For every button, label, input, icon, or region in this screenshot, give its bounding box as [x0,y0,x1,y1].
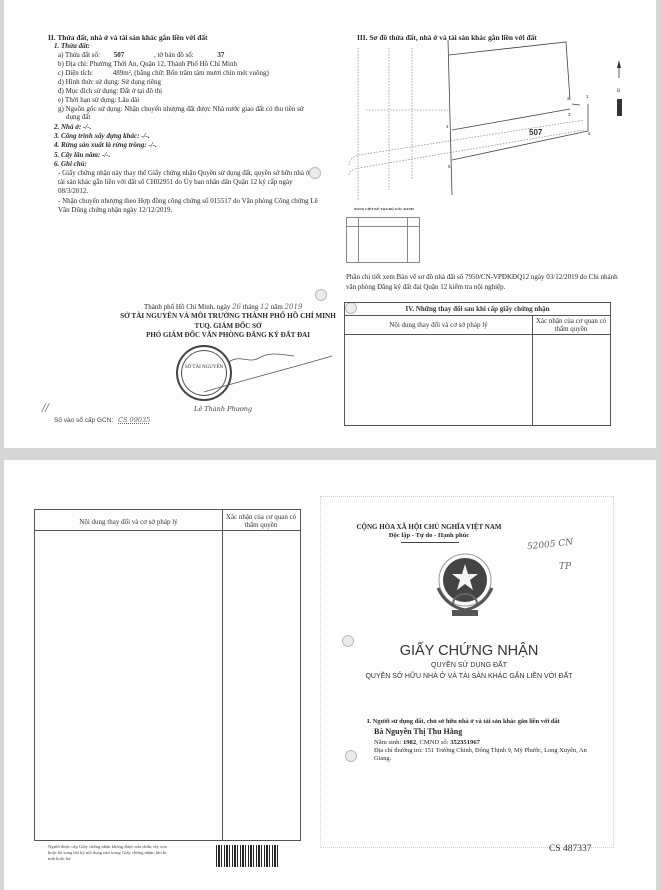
section-2-title: II. Thửa đất, nhà ở và tài sản khác gắn … [48,33,208,42]
signer-role-2: PHÓ GIÁM ĐỐC VĂN PHÒNG ĐĂNG KÝ ĐẤT ĐAI [113,331,343,340]
place-date-prefix: Thành phố Hồ Chí Minh, ngày [144,303,230,311]
parcel-number-row: a) Thửa đất số: 507 , tờ bản đồ số: 37 [58,51,224,60]
parcel-number: 507 [114,51,125,59]
national-emblem-icon [432,552,498,622]
usage-purpose: đ) Mục đích sử dụng: Đất ở tại đô thị [58,87,162,96]
north-label: B [617,89,621,94]
barcode-icon [216,845,280,867]
registry-row: Số vào sổ cấp GCN: CS 09035 [54,416,150,425]
sign-year: 2019 [285,303,303,311]
punch-hole-icon [309,167,321,179]
signer-role-1: TUQ. GIÁM ĐỐC SỞ [113,322,343,331]
month-label: tháng [243,303,259,311]
col-header-change-content: Nội dung thay đổi và cơ sở pháp lý [35,518,222,526]
svg-text:4: 4 [446,124,449,129]
parcel-label: 507 [529,128,543,137]
certificate-page-inner: II. Thửa đất, nhà ở và tài sản khác gắn … [4,0,656,448]
punch-hole-icon [345,750,357,762]
owner-address-1: Địa chỉ thường trú: 151 Trường Chinh, Đô… [374,746,587,755]
parcel-area-row: c) Diện tích: 489m², (bằng chữ: Bốn trăm… [58,69,269,78]
map-label: , tờ bản đồ số: [154,51,194,59]
owner-section-title: I. Người sử dụng đất, chủ sở hữu nhà ở v… [367,717,560,726]
usage-origin-2: dụng đất [66,113,90,122]
note-2: - Nhận chuyển nhượng theo Hợp đồng công … [58,197,323,215]
certificate-subtitle-1: QUYỀN SỬ DỤNG ĐẤT [344,662,594,669]
year-label: năm [271,303,283,311]
sign-day: 26 [232,303,241,311]
handwritten-note-2: TP [559,562,571,572]
cover-frame [320,496,614,848]
svg-text:5: 5 [448,164,451,169]
registry-label: Số vào sổ cấp GCN: [54,417,113,424]
certificate-page-cover: Nội dung thay đổi và cơ sở pháp lý Xác n… [4,460,656,890]
svg-text:6: 6 [588,131,591,136]
owner-address-2: Giang. [374,754,391,763]
owner-name: Bà Nguyễn Thị Thu Hằng [374,727,462,736]
other-construction-row: 3. Công trình xây dựng khác: -/-. [54,132,150,141]
area-value: 489m², (bằng chữ: Bốn trăm tám mươi chín… [113,69,269,77]
parcel-label: a) Thửa đất số: [58,51,100,59]
coordinate-table [346,217,420,263]
svg-text:1: 1 [586,94,589,99]
notes-heading: 6. Ghi chú: [54,160,87,169]
footer-warning: Người được cấp Giấy chứng nhận không đượ… [48,844,174,862]
col-header-change-content: Nội dung thay đổi và cơ sở pháp lý [345,321,532,329]
usage-origin-1: g) Nguồn gốc sử dụng: Nhận chuyển nhượng… [58,105,304,114]
changes-table: IV. Những thay đổi sau khi cấp giấy chứn… [344,302,611,426]
id-number: 352351967 [450,739,480,746]
certificate-title: GIẤY CHỨNG NHẬN [344,643,594,659]
sign-month: 12 [260,303,269,311]
perennial-row: 5. Cây lâu năm: -/-. [54,151,110,160]
area-label: c) Diện tích: [58,69,93,77]
usage-term: e) Thời hạn sử dụng: Lâu dài [58,96,139,105]
col-header-authority: Xác nhận của cơ quan có thẩm quyền [223,513,299,529]
certificate-subtitle-2: QUYỀN SỞ HỮU NHÀ Ở VÀ TÀI SẢN KHÁC GẮN L… [344,673,594,680]
section-4-title: IV. Những thay đổi sau khi cấp giấy chứn… [345,305,610,313]
issuing-org: SỞ TÀI NGUYÊN VÀ MÔI TRƯỜNG THÀNH PHỐ HỒ… [113,312,343,321]
sign-place-date: Thành phố Hồ Chí Minh, ngày 26 tháng 12 … [144,303,302,312]
signature-stroke-icon [184,350,334,400]
parcel-map-diagram: 507 123 456 B [344,40,644,200]
changes-table-continued: Nội dung thay đổi và cơ sở pháp lý Xác n… [34,509,301,841]
note-1: - Giấy chứng nhận này thay thế Giấy chứn… [58,169,323,197]
national-motto: Độc lập - Tự do - Hạnh phúc [334,532,524,539]
col-header-authority: Xác nhận của cơ quan có thẩm quyền [533,317,609,333]
serial-number: CS 487337 [549,844,592,854]
land-parcel-heading: 1. Thửa đất: [54,42,90,51]
punch-hole-icon [315,289,327,301]
svg-text:3: 3 [568,112,571,117]
detail-drawing-note: Phần chi tiết xem Bản vẽ sơ đồ nhà đất s… [346,273,626,292]
signer-name: Lê Thành Phương [194,405,252,413]
birth-year: 1982 [403,739,416,746]
house-row: 2. Nhà ở: -/-. [54,123,91,132]
national-title: CỘNG HÒA XÃ HỘI CHỦ NGHĨA VIỆT NAM [334,523,524,531]
initials-mark-icon: // [42,403,49,414]
usage-form: d) Hình thức sử dụng: Sử dụng riêng [58,78,161,87]
forest-row: 4. Rừng sản xuất là rừng trồng: -/-. [54,141,157,150]
registry-value: CS 09035 [118,416,150,424]
motto-underline [401,542,459,543]
map-number: 37 [217,51,224,59]
coord-table-title: BẢNG LIỆT KÊ TỌA ĐỘ GÓC RANH [346,207,422,211]
parcel-address: b) Địa chỉ: Phường Thới An, Quận 12, Thà… [58,60,237,69]
id-label: , CMND số: [416,739,448,746]
birth-label: Năm sinh: [374,739,401,746]
